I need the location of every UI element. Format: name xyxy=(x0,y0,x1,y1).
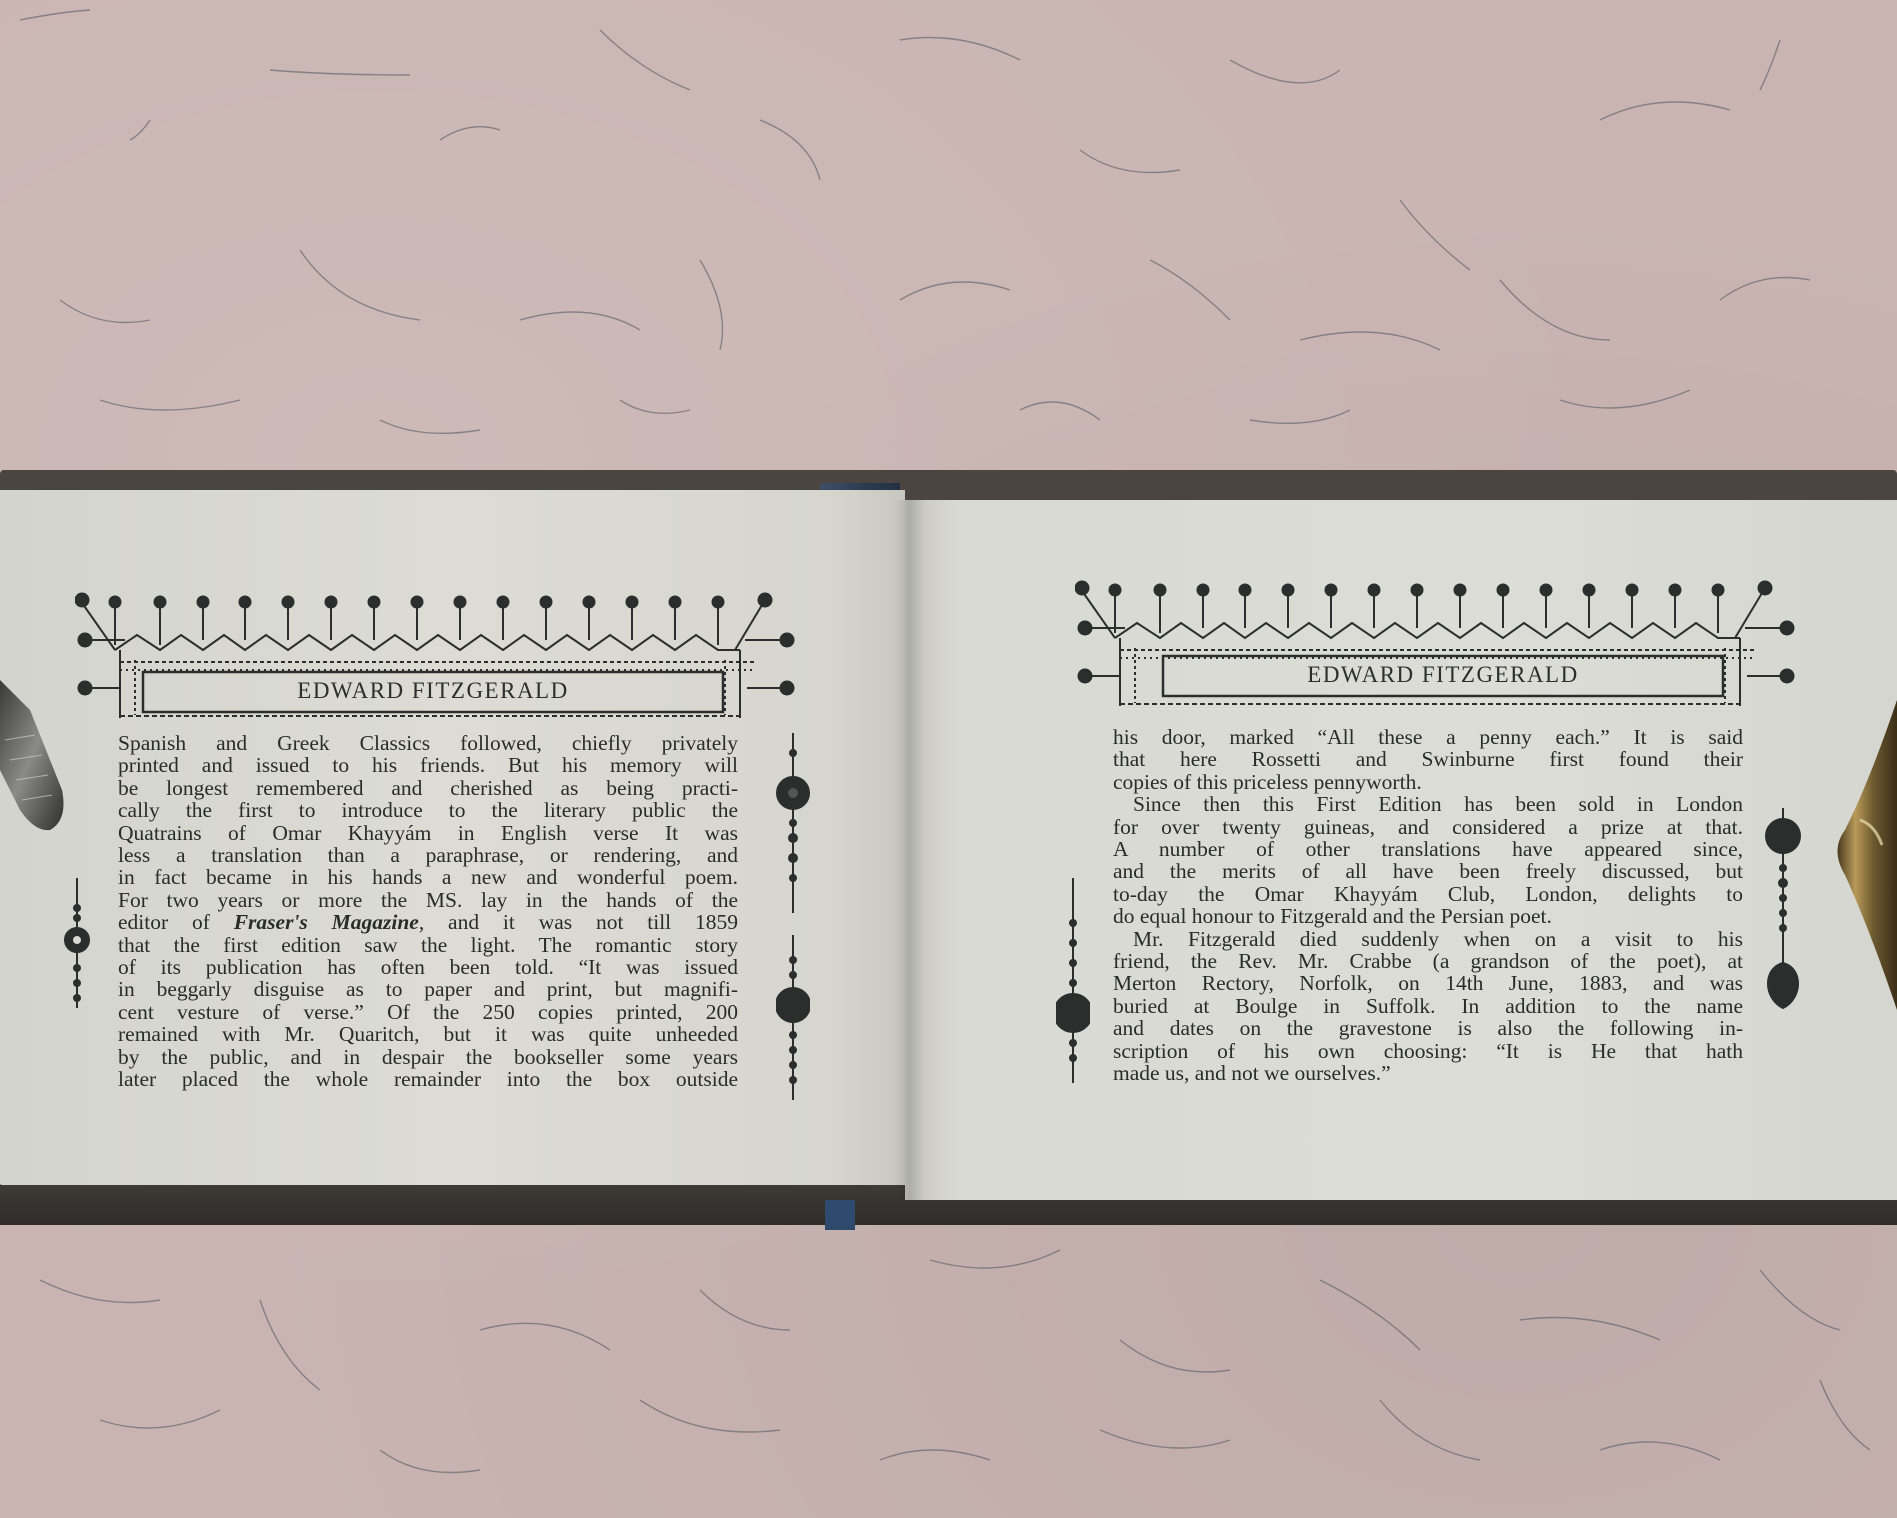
vertical-rosette-ornament-icon xyxy=(1763,808,1803,1018)
text-line: made us, and not we ourselves.” xyxy=(1113,1062,1743,1084)
floral-border-headpiece-icon: EDWARD FITZGERALD xyxy=(1075,578,1800,708)
heading-edward-fitzgerald: EDWARD FITZGERALD xyxy=(143,678,723,704)
text-line: his door, marked “All these a penny each… xyxy=(1113,726,1743,748)
vertical-rosette-ornament-icon xyxy=(62,878,92,1008)
text-line: less a translation than a paraphrase, or… xyxy=(118,844,738,866)
text-line: in beggarly disguise as to paper and pri… xyxy=(118,978,738,1000)
text-line: cent vesture of verse.” Of the 250 copie… xyxy=(118,1001,738,1023)
vertical-rosette-ornament-icon xyxy=(1056,878,1090,1083)
silver-weight-icon xyxy=(0,640,75,840)
left-page-text: Spanish and Greek Classics followed, chi… xyxy=(118,732,738,1091)
text-line: that here Rossetti and Swinburne first f… xyxy=(1113,748,1743,770)
text-line: to-day the Omar Khayyám Club, London, de… xyxy=(1113,883,1743,905)
text-line: Since then this First Edition has been s… xyxy=(1113,793,1743,815)
text-line: remained with Mr. Quaritch, but it was q… xyxy=(118,1023,738,1045)
magazine-title: Fraser's Magazine xyxy=(234,910,419,934)
text-line: For two years or more the MS. lay in the… xyxy=(118,889,738,911)
text-line: buried at Boulge in Suffolk. In addition… xyxy=(1113,995,1743,1017)
vertical-rosette-ornament-icon xyxy=(776,733,810,918)
brass-weight-icon xyxy=(1830,700,1897,1010)
page-gutter xyxy=(895,500,925,1200)
text-line: and dates on the gravestone is also the … xyxy=(1113,1017,1743,1039)
heading-edward-fitzgerald: EDWARD FITZGERALD xyxy=(1163,662,1723,688)
text-line: friend, the Rev. Mr. Crabbe (a grandson … xyxy=(1113,950,1743,972)
book-spine-bottom xyxy=(825,1200,855,1230)
text-line: scription of his own choosing: “It is He… xyxy=(1113,1040,1743,1062)
text-line: of its publication has often been told. … xyxy=(118,956,738,978)
text-line: A number of other translations have appe… xyxy=(1113,838,1743,860)
text-line: by the public, and in despair the bookse… xyxy=(118,1046,738,1068)
text-line: that the first edition saw the light. Th… xyxy=(118,934,738,956)
text-line: be longest remembered and cherished as b… xyxy=(118,777,738,799)
text-line: editor of Fraser's Magazine, and it was … xyxy=(118,911,738,933)
text-line: cally the first to introduce to the lite… xyxy=(118,799,738,821)
text-line: Quatrains of Omar Khayyám in English ver… xyxy=(118,822,738,844)
text-line: in fact became in his hands a new and wo… xyxy=(118,866,738,888)
text-line: later placed the whole remainder into th… xyxy=(118,1068,738,1090)
right-page-text: his door, marked “All these a penny each… xyxy=(1113,726,1743,1085)
text-line: Spanish and Greek Classics followed, chi… xyxy=(118,732,738,754)
text-line: and the merits of all have been freely d… xyxy=(1113,860,1743,882)
floral-border-headpiece-icon: EDWARD FITZGERALD xyxy=(75,590,800,720)
text-line: copies of this priceless pennyworth. xyxy=(1113,771,1743,793)
text-line: do equal honour to Fitzgerald and the Pe… xyxy=(1113,905,1743,927)
text-line: Merton Rectory, Norfolk, on 14th June, 1… xyxy=(1113,972,1743,994)
vertical-rosette-ornament-icon xyxy=(776,935,810,1100)
text-line: Mr. Fitzgerald died suddenly when on a v… xyxy=(1113,928,1743,950)
text-line: printed and issued to his friends. But h… xyxy=(118,754,738,776)
text-line: for over twenty guineas, and considered … xyxy=(1113,816,1743,838)
